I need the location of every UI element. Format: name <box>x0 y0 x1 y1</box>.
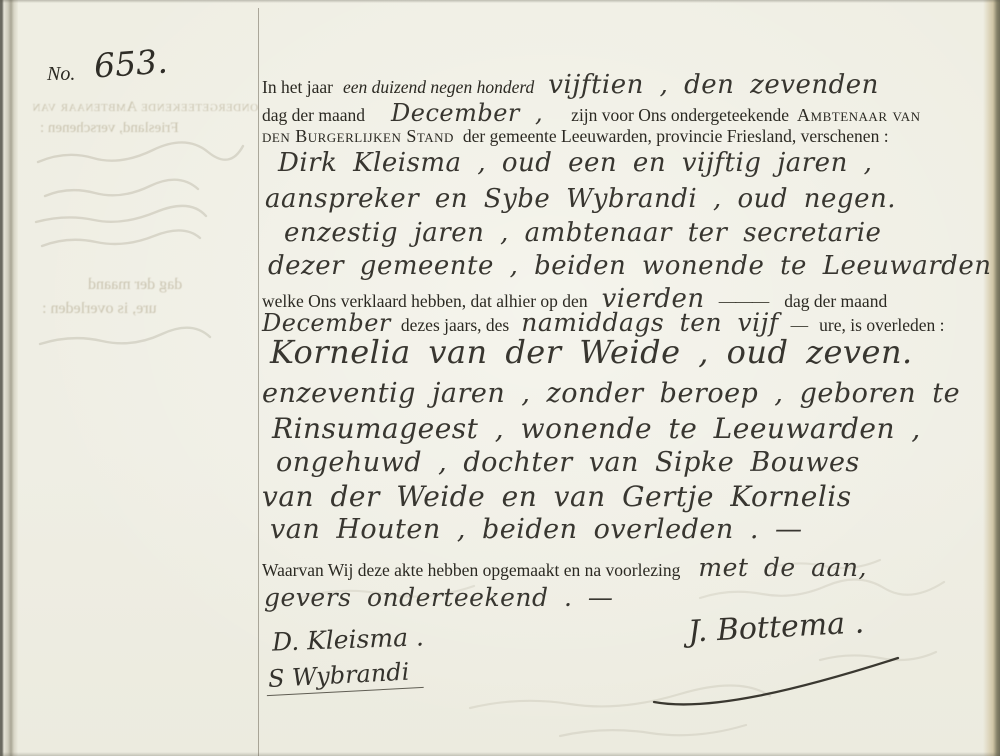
declarants-handwritten-line: dezer gemeente , beiden wonende te Leeuw… <box>268 251 1000 281</box>
filler-dash: — <box>791 315 808 335</box>
handwritten-text: vijftien , den zevenden <box>548 70 879 100</box>
printed-text: zijn voor Ons ondergeteekende <box>571 105 789 125</box>
printed-smallcaps-text: den Burgerlijken Stand <box>262 126 454 146</box>
handwritten-text: December , <box>391 99 543 127</box>
printed-text: dag der maand <box>262 105 365 125</box>
page-right-edge <box>983 0 1000 756</box>
bleedthrough-text: dag der maand <box>88 276 182 294</box>
page-bottom-edge <box>0 752 1000 756</box>
deceased-handwritten-line: enzeventig jaren , zonder beroep , gebor… <box>262 378 960 409</box>
bleedthrough-text: ondergeteekende Ambtenaar van <box>32 99 258 116</box>
declarants-handwritten-line: aanspreker en Sybe Wybrandi , oud negen. <box>265 184 896 214</box>
bleedthrough-text: ure, is overleden : <box>42 300 157 318</box>
printed-italic-text: een duizend negen honderd <box>343 77 534 97</box>
signature-registrar-bottema: J. Bottema . <box>687 605 865 649</box>
declarants-handwritten-line: enzestig jaren , ambtenaar ter secretari… <box>284 218 881 248</box>
deceased-handwritten-line: ongehuwd , dochter van Sipke Bouwes <box>276 447 860 478</box>
handwritten-text: met de aan, <box>698 553 867 582</box>
book-binding-edge <box>0 0 18 756</box>
declarants-handwritten-line: Dirk Kleisma , oud een en vijftig jaren … <box>278 148 872 178</box>
intro-line-1: In het jaar een duizend negen honderd vi… <box>262 70 879 100</box>
printed-text: dezes jaars, des <box>401 315 509 335</box>
record-number-label: No. <box>47 63 75 86</box>
page-top-edge <box>0 0 1000 3</box>
deceased-handwritten-line: Rinsumageest , wonende te Leeuwarden , <box>272 412 921 445</box>
margin-rule-line <box>258 8 259 756</box>
printed-text: der gemeente Leeuwarden, provincie Fries… <box>463 126 889 146</box>
printed-text: Waarvan Wij deze akte hebben opgemaakt e… <box>262 560 680 580</box>
printed-smallcaps-text: Ambtenaar van <box>797 105 920 125</box>
closing-line-1: Waarvan Wij deze akte hebben opgemaakt e… <box>262 553 867 582</box>
death-record-scan: ondergeteekende Ambtenaar van Friesland,… <box>0 0 1000 756</box>
deceased-handwritten-line: van der Weide en van Gertje Kornelis <box>262 480 852 513</box>
bleedthrough-text: Friesland, verschenen : <box>40 120 179 137</box>
deceased-handwritten-line: van Houten , beiden overleden . — <box>270 514 803 545</box>
deceased-handwritten-line: Kornelia van der Weide , oud zeven. <box>270 333 913 371</box>
intro-line-3: den Burgerlijken Stand der gemeente Leeu… <box>262 126 889 147</box>
signature-declarant-wybrandi: S Wybrandi <box>265 657 424 696</box>
closing-line-2: gevers onderteekend . — <box>264 583 613 612</box>
record-number-value: 653. <box>93 41 169 85</box>
printed-text: ure, is overleden : <box>819 315 944 335</box>
printed-text: In het jaar <box>262 77 333 97</box>
signature-declarant-kleisma: D. Kleisma . <box>272 622 425 656</box>
intro-line-2: dag der maand December , zijn voor Ons o… <box>262 99 920 127</box>
